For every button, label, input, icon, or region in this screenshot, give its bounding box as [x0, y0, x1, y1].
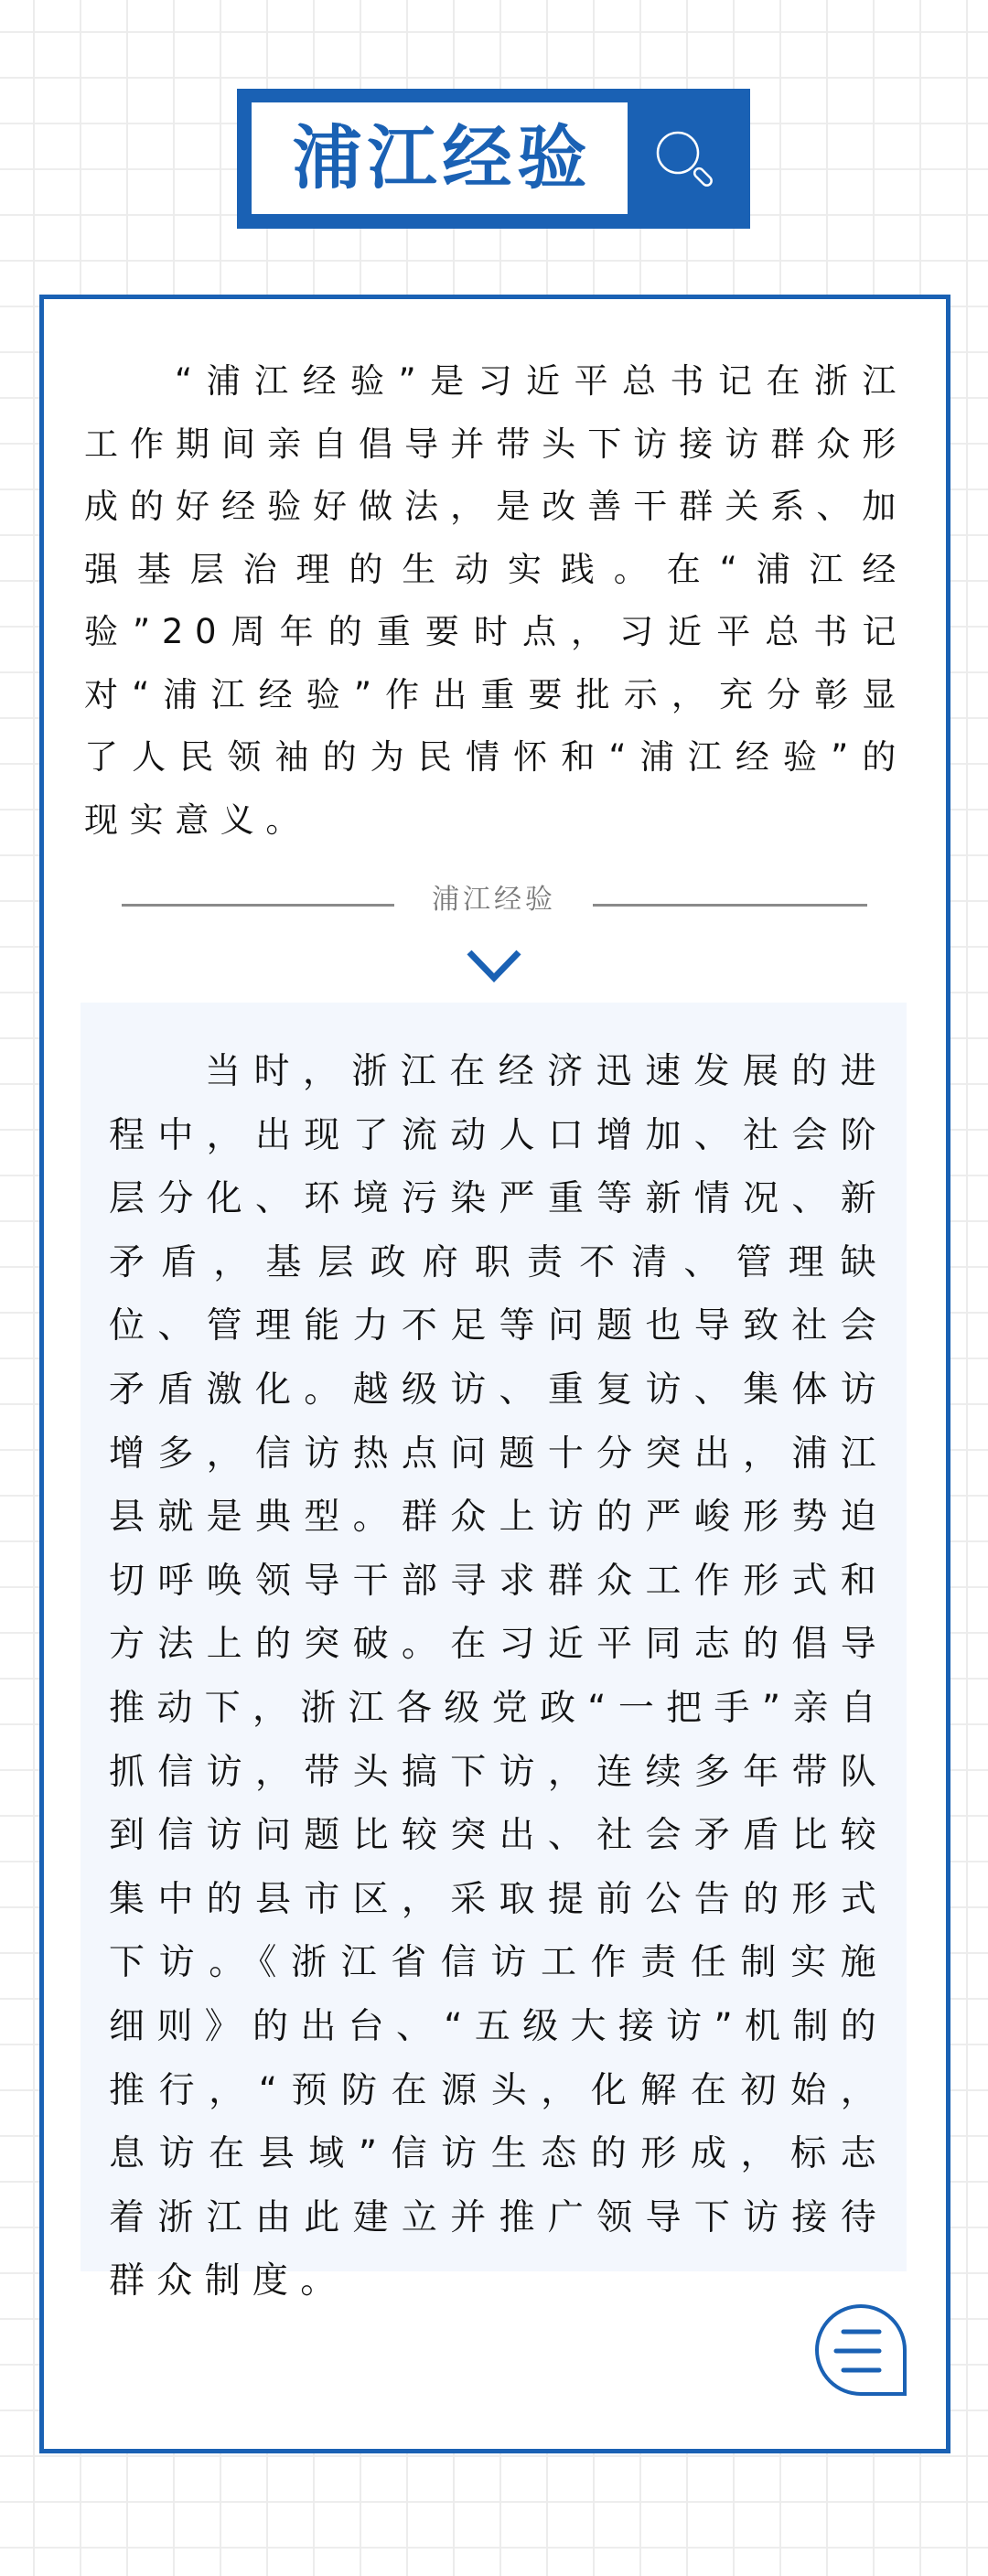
chevron-down-icon — [465, 946, 523, 984]
divider-line-left — [122, 904, 394, 907]
divider-label: 浦江经验 — [430, 882, 558, 918]
title-box: 浦江经验 — [252, 102, 628, 214]
menu-bubble-icon[interactable] — [813, 2302, 908, 2398]
search-icon — [652, 123, 725, 196]
divider-line-right — [593, 904, 867, 907]
intro-paragraph: “浦江经验”是习近平总书记在浙江工作期间亲自倡导并带头下访接访群众形成的好经验好… — [84, 350, 907, 852]
title-banner: 浦江经验 — [237, 89, 750, 229]
search-button[interactable] — [628, 89, 750, 229]
section-divider: 浦江经验 — [122, 878, 867, 933]
history-paragraph: 当时，浙江在经济迅速发展的进程中，出现了流动人口增加、社会阶层分化、环境污染严重… — [109, 1040, 888, 2313]
page-title: 浦江经验 — [287, 123, 593, 193]
history-panel: 当时，浙江在经济迅速发展的进程中，出现了流动人口增加、社会阶层分化、环境污染严重… — [81, 1003, 907, 2271]
